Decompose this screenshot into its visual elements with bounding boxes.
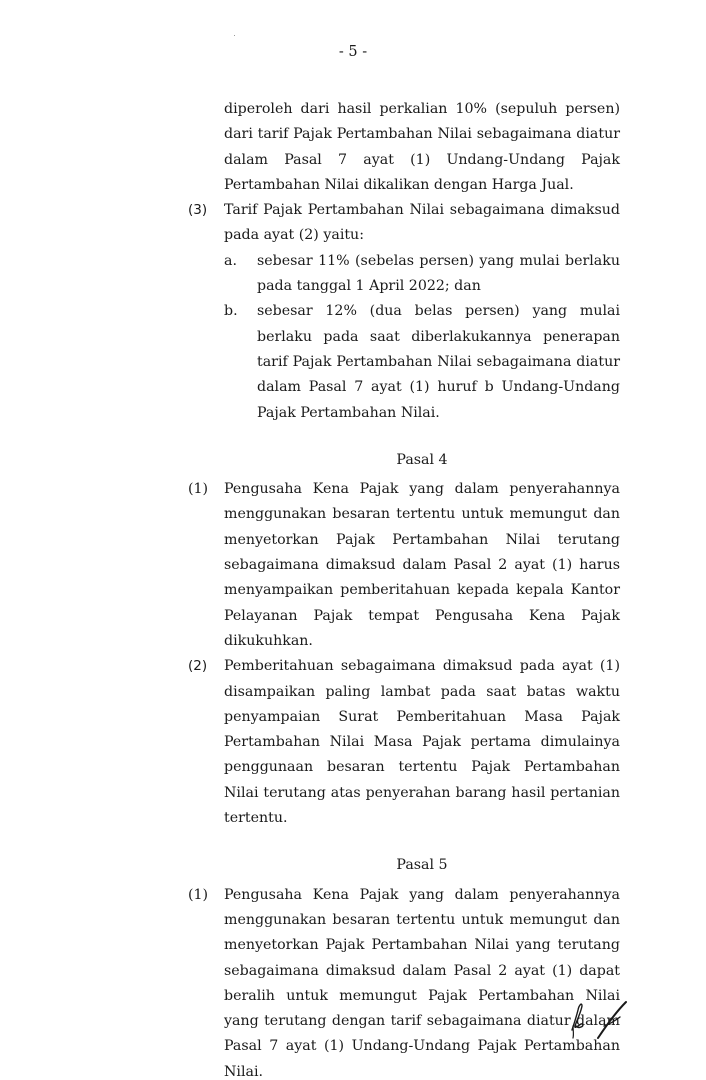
clause-text: Pengusaha Kena Pajak yang dalam penyerah… xyxy=(224,883,620,1080)
clause-3: (3) Tarif Pajak Pertambahan Nilai sebaga… xyxy=(188,198,620,426)
sub-item-letter: b. xyxy=(224,299,257,324)
document-body: diperoleh dari hasil perkalian 10% (sepu… xyxy=(188,97,620,1080)
scan-speck xyxy=(234,35,235,36)
continuation-paragraph: diperoleh dari hasil perkalian 10% (sepu… xyxy=(188,97,620,198)
pasal-5-heading: Pasal 5 xyxy=(188,853,620,878)
paraf-icon xyxy=(564,996,644,1042)
pasal-4-heading: Pasal 4 xyxy=(188,448,620,473)
sub-item-letter: a. xyxy=(224,249,257,274)
clause-number: (1) xyxy=(188,477,224,502)
clause-text: Pemberitahuan sebagaimana dimaksud pada … xyxy=(224,654,620,831)
sub-item-text: sebesar 11% (sebelas persen) yang mulai … xyxy=(257,249,620,300)
clause-number: (2) xyxy=(188,654,224,679)
sub-item-a: a. sebesar 11% (sebelas persen) yang mul… xyxy=(224,249,620,300)
clause-body: Tarif Pajak Pertambahan Nilai sebagaiman… xyxy=(224,198,620,426)
clause-number: (3) xyxy=(188,198,224,223)
pasal-4-clause-2: (2) Pemberitahuan sebagaimana dimaksud p… xyxy=(188,654,620,831)
clause-number: (1) xyxy=(188,883,224,908)
pasal-4-clause-1: (1) Pengusaha Kena Pajak yang dalam peny… xyxy=(188,477,620,654)
sub-item-b: b. sebesar 12% (dua belas persen) yang m… xyxy=(224,299,620,425)
clause-text: Pengusaha Kena Pajak yang dalam penyerah… xyxy=(224,477,620,654)
clause-text: Tarif Pajak Pertambahan Nilai sebagaiman… xyxy=(224,198,620,249)
page-number-text: - 5 - xyxy=(339,44,367,60)
sub-item-text: sebesar 12% (dua belas persen) yang mula… xyxy=(257,299,620,425)
page-number: - 5 - xyxy=(0,44,706,60)
pasal-5-clause-1: (1) Pengusaha Kena Pajak yang dalam peny… xyxy=(188,883,620,1080)
